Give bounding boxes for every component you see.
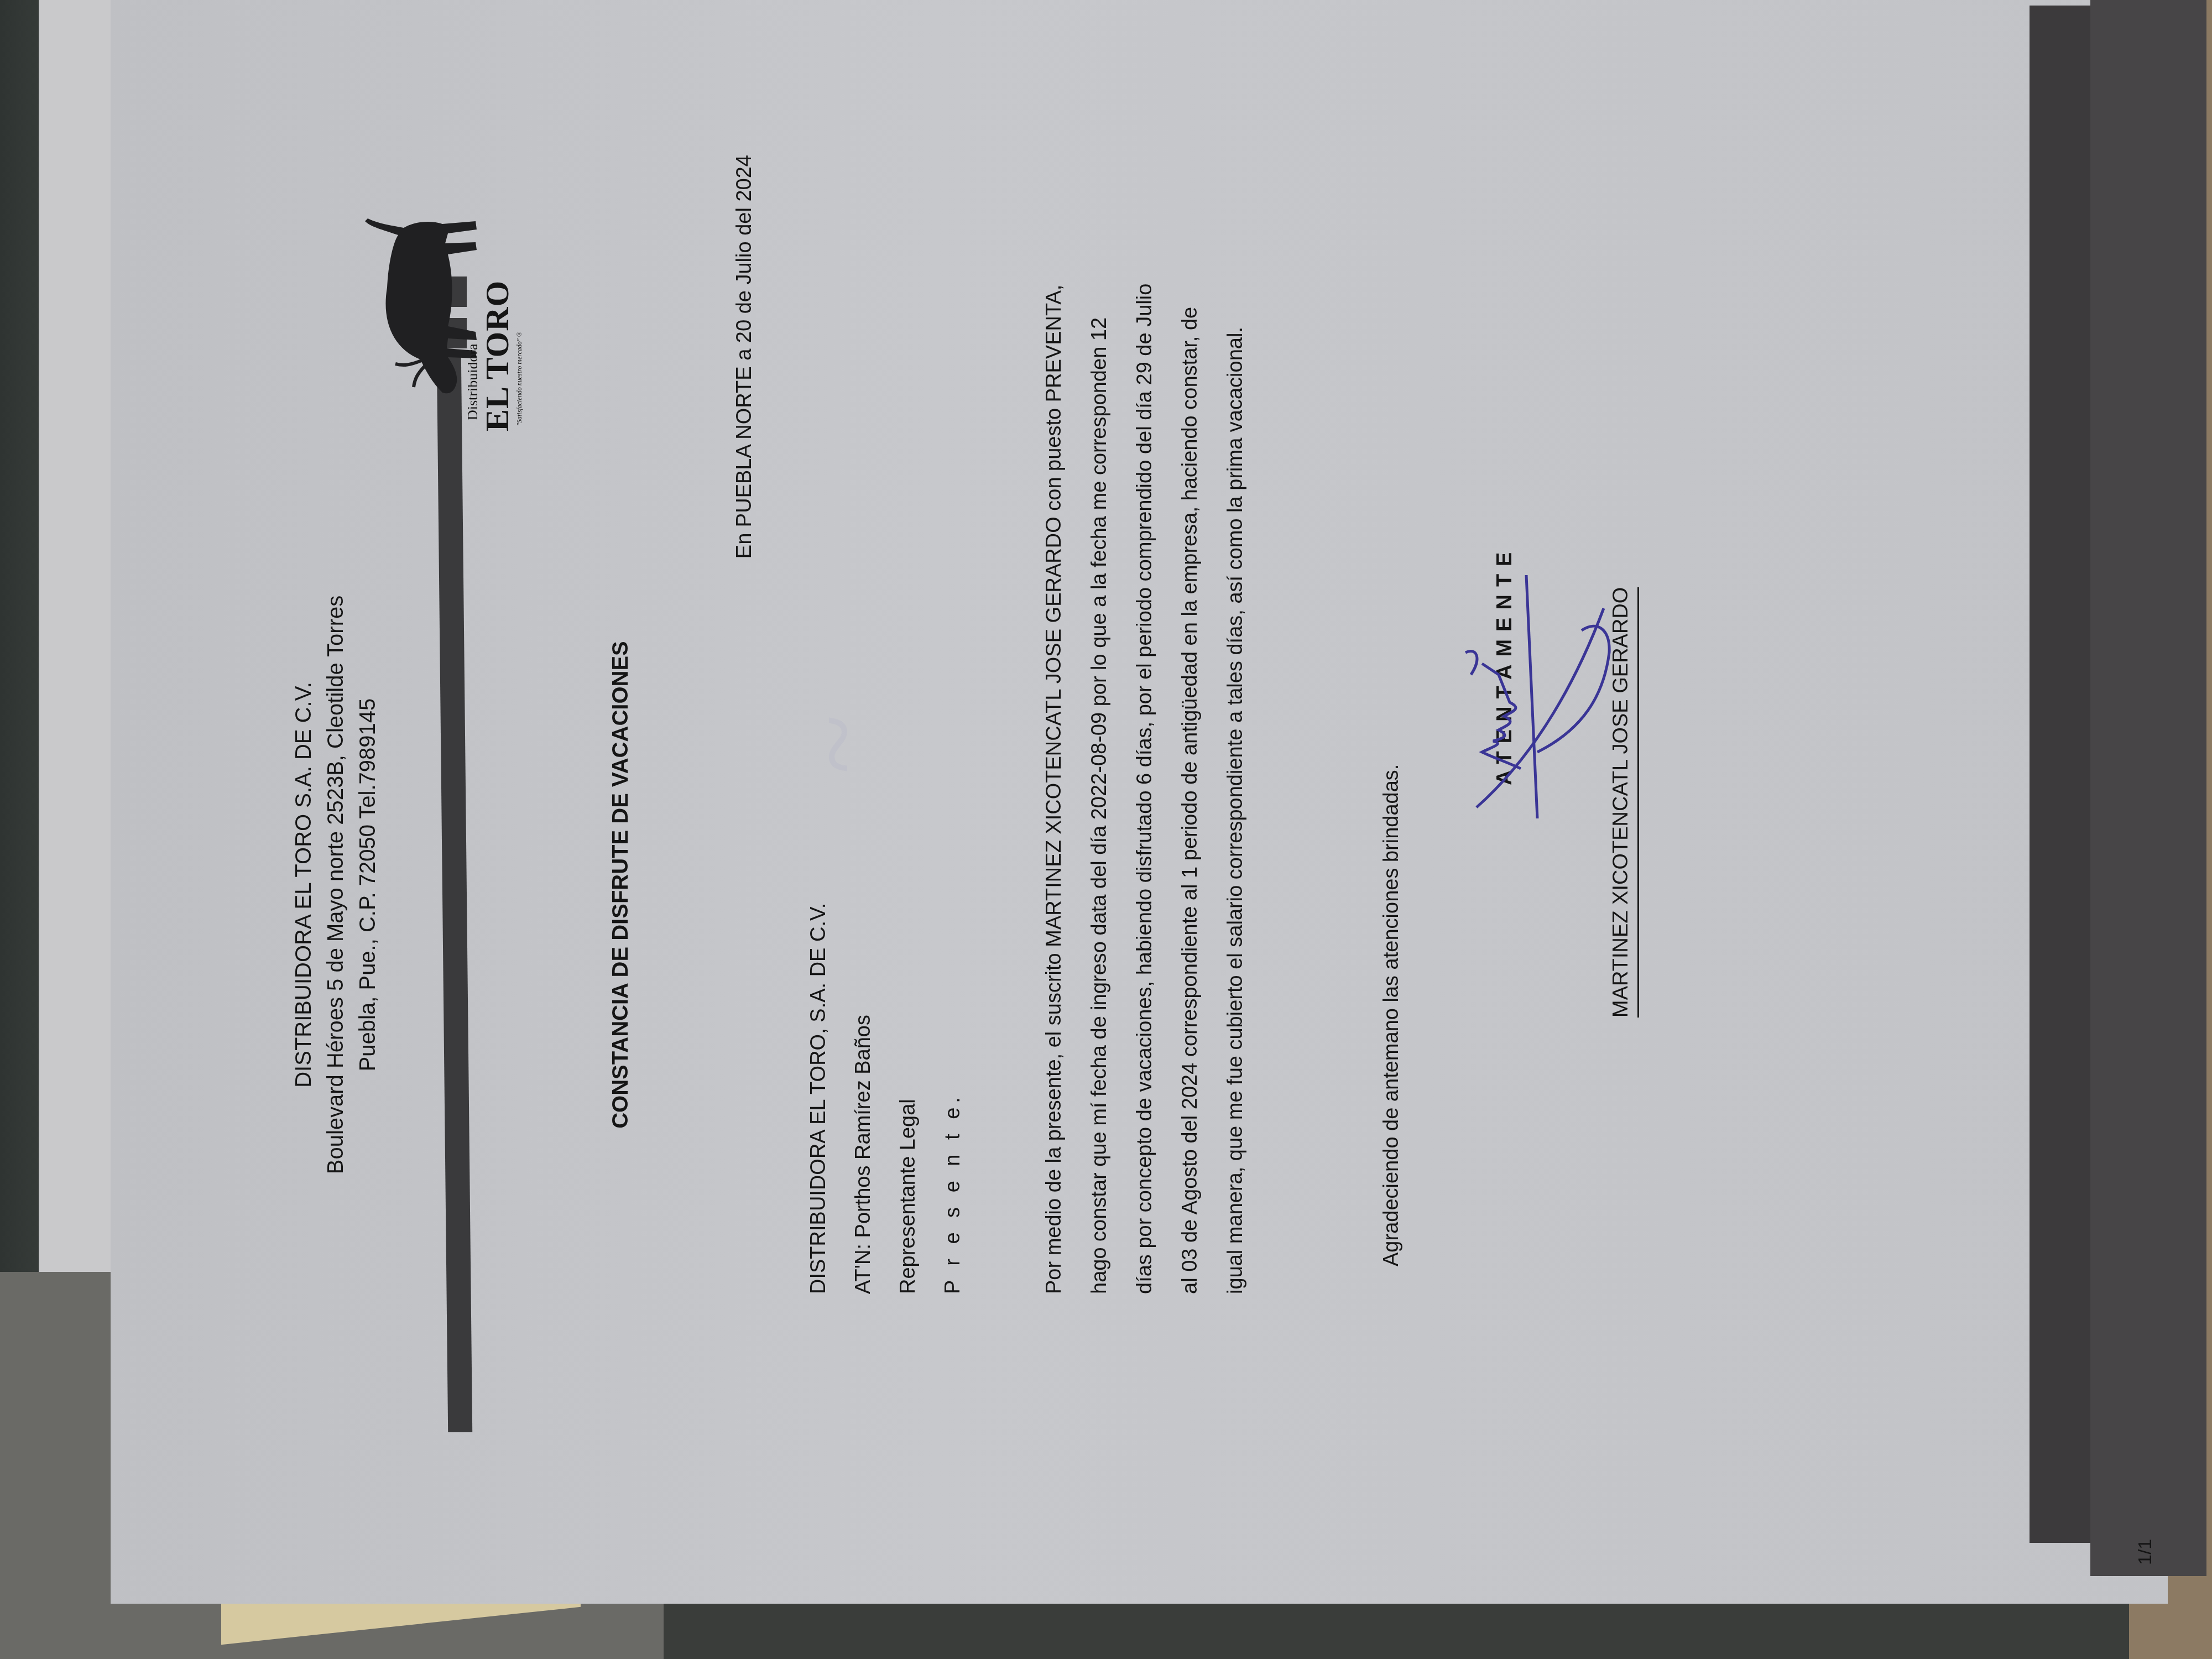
page-number: 1/1	[2135, 1539, 2156, 1565]
date-line: En PUEBLA NORTE a 20 de Julio del 2024	[733, 155, 757, 559]
addressee-block: DISTRIBUIDORA EL TORO, S.A. DE C.V. AT'N…	[796, 903, 975, 1294]
footer-bar	[2090, 0, 2206, 1576]
company-name: DISTRIBUIDORA EL TORO S.A. DE C.V.	[288, 166, 320, 1604]
bull-icon	[348, 216, 481, 404]
footer-bar	[2030, 6, 2096, 1543]
body-paragraph: Por medio de la presente, el suscrito MA…	[1031, 177, 1258, 1294]
body-line: al 03 de Agosto del 2024 correspondiente…	[1167, 177, 1213, 1294]
faint-watermark: ~	[774, 714, 901, 774]
signer-name: MARTINEZ XICOTENCATL JOSE GERARDO	[1609, 587, 1639, 1018]
company-logo: Distribuidora EL TORO "Satisfaciendo nue…	[348, 210, 536, 498]
addressee-role: Representante Legal	[886, 903, 931, 1294]
body-line: días por concepto de vacaciones, habiend…	[1122, 177, 1167, 1294]
closing-line: Agradeciendo de antemano las atenciones …	[1380, 764, 1404, 1266]
logo-tagline: "Satisfaciendo nuestro mercado" ®	[515, 332, 524, 426]
addressee-company: DISTRIBUIDORA EL TORO, S.A. DE C.V.	[796, 903, 841, 1294]
addressee-attention: AT'N: Porthos Ramírez Baños	[841, 903, 886, 1294]
body-line: hago constar que mí fecha de ingreso dat…	[1077, 177, 1122, 1294]
addressee-greeting: P r e s e n t e.	[931, 903, 975, 1294]
company-address: Boulevard Héroes 5 de Mayo norte 2523B, …	[320, 166, 352, 1604]
signature-mark	[1460, 553, 1626, 841]
logo-name: EL TORO	[478, 280, 517, 431]
document-title: CONSTANCIA DE DISFRUTE DE VACACIONES	[608, 166, 633, 1604]
body-line: igual manera, que me fue cubierto el sal…	[1213, 177, 1258, 1294]
body-line: Por medio de la presente, el suscrito MA…	[1031, 177, 1077, 1294]
header-bar	[437, 354, 472, 1432]
document-page: ~ DISTRIBUIDORA EL TORO S.A. DE C.V. Bou…	[111, 0, 2168, 1604]
